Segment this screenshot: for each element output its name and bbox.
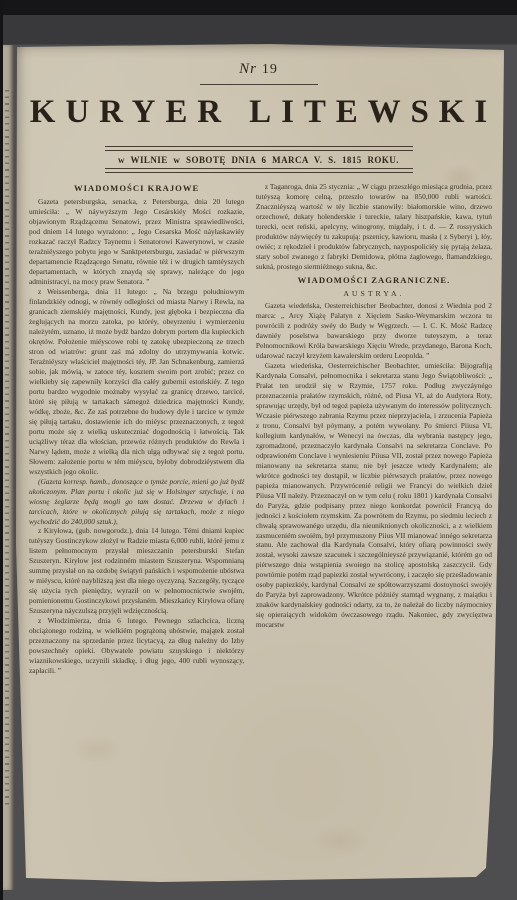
section-subheading-austria: AUSTRYA. <box>256 289 492 298</box>
newspaper-sheet: Nr19 KURYER LITEWSKI w WILNIE w SOBOTĘ D… <box>10 44 507 885</box>
section-heading-foreign: WIADOMOŚCI ZAGRANICZNE. <box>256 275 492 285</box>
newspaper-title: KURYER LITEWSKI <box>10 94 507 131</box>
article-paragraph: z Taganroga, dnia 25 stycznia: „ W ciągu… <box>256 182 492 272</box>
article-paragraph: z Włodzimierza, dnia 6 lutego. Pewnego s… <box>29 616 244 676</box>
paper-stain <box>70 734 124 764</box>
article-columns: WIADOMOŚCI KRAJOWE Gazeta petersburgska,… <box>10 182 507 676</box>
scanned-newspaper-page: Nr19 KURYER LITEWSKI w WILNIE w SOBOTĘ D… <box>0 0 517 900</box>
issue-number-line: Nr19 <box>10 61 507 78</box>
paper-stain <box>310 824 370 858</box>
article-paragraph: z Weissenberga, dnia 11 lutego: „ Na brz… <box>29 287 244 477</box>
section-heading-domestic: WIADOMOŚCI KRAJOWE <box>29 183 244 193</box>
dateline-block: w WILNIE w SOBOTĘ DNIA 6 MARCA V. S. 181… <box>105 146 413 173</box>
issue-prefix: Nr <box>239 61 257 77</box>
left-column: WIADOMOŚCI KRAJOWE Gazeta petersburgska,… <box>29 182 244 676</box>
article-paragraph-editorial-note: (Gazeta korresp. hamb., donoszące o tymż… <box>29 477 244 527</box>
article-paragraph: z Kiryłowa, (gub. nowgorodz.), dnia 14 l… <box>29 526 244 616</box>
article-paragraph: Gazeta wiedeńska, Oesterreichischer Beob… <box>256 361 492 631</box>
dateline: w WILNIE w SOBOTĘ DNIA 6 MARCA V. S. 181… <box>105 151 413 168</box>
adjacent-page-edge <box>3 45 14 890</box>
masthead-rule <box>200 84 318 85</box>
right-column: z Taganroga, dnia 25 stycznia: „ W ciągu… <box>256 182 492 676</box>
article-paragraph: Gazeta petersburgska, senacka, z Petersb… <box>29 197 244 287</box>
dateline-rule-bottom <box>105 168 413 173</box>
article-paragraph: Gazeta wiedeńska, Oesterreichischer Beob… <box>256 301 492 361</box>
issue-number: 19 <box>262 62 278 77</box>
